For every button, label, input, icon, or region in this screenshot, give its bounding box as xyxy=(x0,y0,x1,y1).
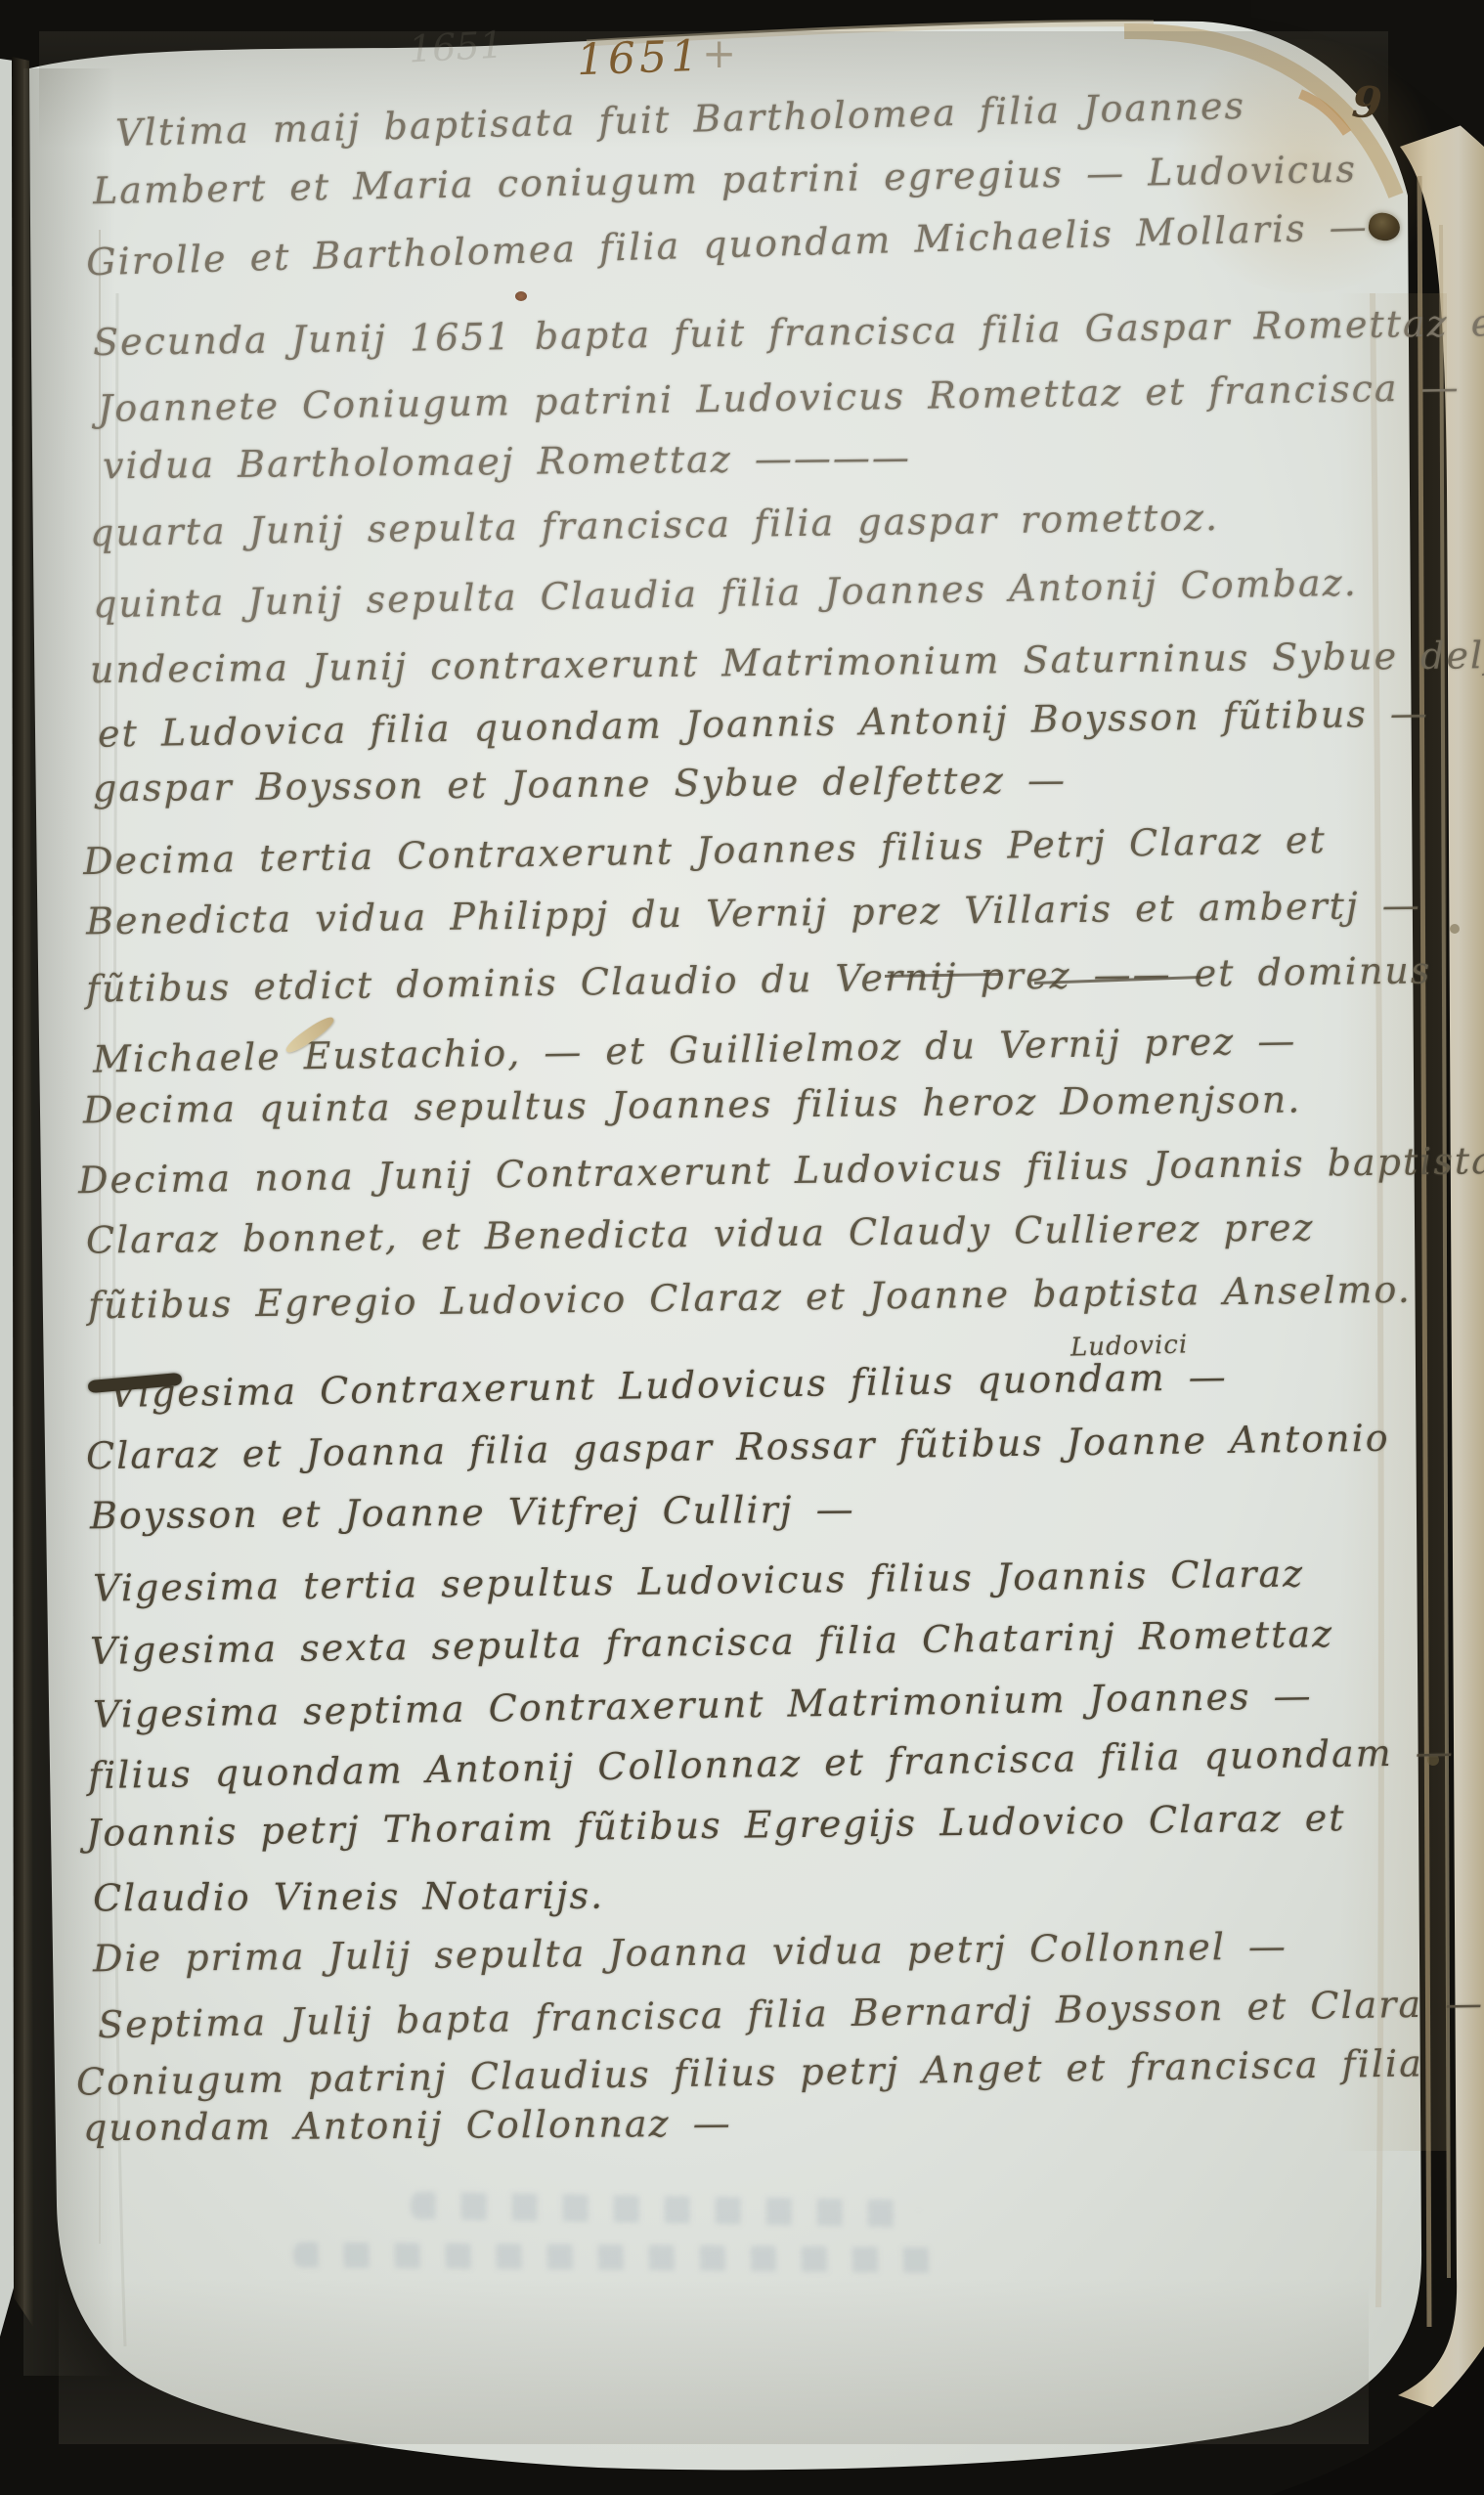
manuscript-line: quondam Antonij Collonnaz — xyxy=(83,2102,732,2150)
manuscript-line: gaspar Boysson et Joanne Sybue delfettez… xyxy=(93,759,1067,810)
cross-mark: + xyxy=(702,29,736,77)
facing-page-sliver xyxy=(0,59,14,2337)
manuscript-line: vidua Bartholomaej Romettaz ———— xyxy=(103,436,911,488)
year-heading: 1651 xyxy=(576,31,703,85)
manuscript-line: Claudio Vineis Notarijs. xyxy=(93,1874,604,1920)
ghost-year-offset: 1651 xyxy=(408,22,504,70)
manuscript-line: Boysson et Joanne Vitfrej Cullirj — xyxy=(90,1488,855,1538)
manuscript-line: Ludovici xyxy=(1070,1330,1189,1362)
scanned-register-photo: 1651 1651 + 9 Vltima maij baptisata fuit… xyxy=(0,0,1484,2495)
page-number: 9 xyxy=(1350,77,1383,129)
